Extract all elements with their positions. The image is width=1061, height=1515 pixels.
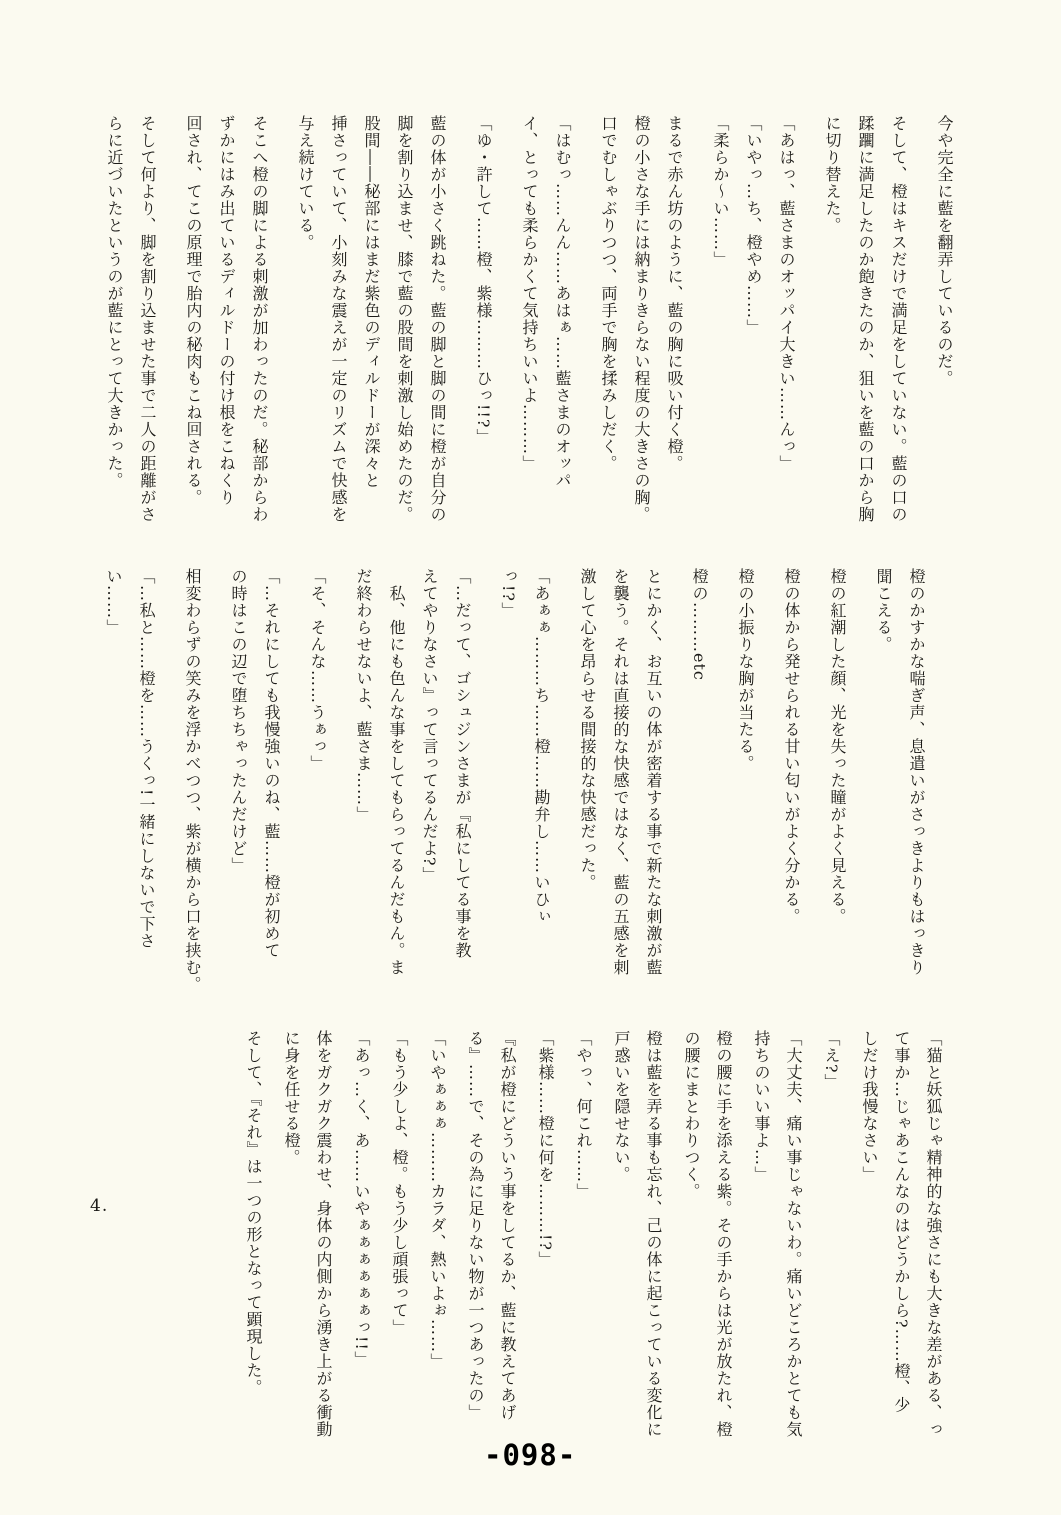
text-line: 「大丈夫、痛い事じゃないわ。痛いどころかとても気 [777, 1030, 809, 1465]
text-line: 橙は藍を弄る事も忘れ、己の体に起こっている変化に [637, 1030, 669, 1465]
text-line: 激して心を昂らせる間接的な快感だった。 [571, 568, 604, 1018]
text-line: 橙のかすかな喘ぎ声、息遣いがさっきよりもはっきり [900, 568, 933, 1018]
text-line: えてやりなさい』って言ってるんだよ?」 [413, 568, 446, 1018]
text-block-bottom: 「猫と妖狐じゃ精神的な強さにも大きな差がある、って事か…じゃあこんなのはどうかし… [237, 1030, 949, 1465]
text-line: 橙の小さな手には納まりきらない程度の大きさの胸。 [625, 115, 658, 585]
scanned-novel-page: { "page": { "background": "#fbfaf0", "te… [0, 0, 1061, 1515]
text-line: 橙の体から発せられる甘い匂いがよく分かる。 [775, 568, 808, 1018]
text-line: 私、他にも色んな事をしてもらってるんだもん。ま [380, 568, 413, 1018]
text-line: 藍の体が小さく跳ねた。藍の脚と脚の間に橙が自分の [421, 115, 454, 585]
text-line: 股間――秘部にはまだ紫色のディルドーが深々と [355, 115, 388, 585]
text-line: に切り替えた。 [816, 115, 849, 585]
text-line: 「はむっ……んん……あはぁ……藍さまのオッパ [546, 115, 579, 585]
text-line: 「やっ、何これ……」 [567, 1030, 599, 1465]
text-line: 「ゆ・許して……橙、紫様………ひっ!!?」 [467, 115, 500, 585]
text-line: 「あぁぁ………ち……橙……勘弁し……いひぃ [525, 568, 558, 1018]
text-line: 橙の………etc [683, 568, 716, 1018]
text-line: を襲う。それは直接的な快感ではなく、藍の五感を刺 [604, 568, 637, 1018]
text-line: 「いやっ…ち、橙やめ……」 [737, 115, 770, 585]
text-line: まるで赤ん坊のように、藍の胸に吸い付く橙。 [658, 115, 691, 585]
text-line: 相変わらずの笑みを浮かべつつ、紫が横から口を挟む。 [176, 568, 209, 1018]
text-line: そして、『それ』は一つの形となって顕現した。 [237, 1030, 269, 1465]
text-line: る』……で、その為に足りない物が一つあったの」 [459, 1030, 491, 1465]
text-line: 「…私と……橙を……うくっ!一緒にしないで下さ [130, 568, 163, 1018]
text-line: 「柔らか〜い……」 [704, 115, 737, 585]
text-line: そして何より、脚を割り込ませた事で二人の距離がさ [131, 115, 164, 585]
text-line: 「あっ…く、あ……いやぁぁぁぁぁぁっ!!」 [345, 1030, 377, 1465]
text-line: っ!?」 [492, 568, 525, 1018]
text-line: の腰にまとわりつく。 [675, 1030, 707, 1465]
text-line: 橙の紅潮した顔、光を失った瞳がよく見える。 [821, 568, 854, 1018]
text-line: だ終わらせないよ、藍さま……」 [347, 568, 380, 1018]
page-number: -098- [484, 1438, 576, 1472]
text-line: の時はこの辺で堕ちちゃったんだけど」 [222, 568, 255, 1018]
text-line: 口でむしゃぶりつつ、両手で胸を揉みしだく。 [592, 115, 625, 585]
text-line: そこへ橙の脚による刺激が加わったのだ。秘部からわ [243, 115, 276, 585]
text-block-middle: 橙のかすかな喘ぎ声、息遣いがさっきよりもはっきり聞こえる。橙の紅潮した顔、光を失… [97, 568, 933, 1018]
text-line: 「…だって、ゴシュジンさまが『私にしてる事を教 [446, 568, 479, 1018]
text-line: 「もう少しよ、橙。もう少し頑張って」 [383, 1030, 415, 1465]
text-block-top: 今や完全に藍を翻弄しているのだ。そして、橙はキスだけで満足をしていない。藍の口の… [98, 115, 961, 585]
text-line: 「あはっ、藍さまのオッパイ大きい……んっ」 [770, 115, 803, 585]
text-line: 与え続けている。 [289, 115, 322, 585]
text-line: 「いやぁぁぁ………カラダ、熱いよぉ……」 [421, 1030, 453, 1465]
text-line: 『私が橙にどういう事をしてるか、藍に教えてあげ [491, 1030, 523, 1465]
text-line: 橙の腰に手を添える紫。その手からは光が放たれ、橙 [707, 1030, 739, 1465]
text-line: 「え?」 [815, 1030, 847, 1465]
text-line: イ、とっても柔らかくて気持ちいいよ………」 [513, 115, 546, 585]
text-line: 今や完全に藍を翻弄しているのだ。 [928, 115, 961, 585]
text-line: 「紫様……橙に何を………!?」 [529, 1030, 561, 1465]
margin-chapter-number: 4. [90, 1196, 108, 1216]
text-line: しだけ我慢なさい」 [853, 1030, 885, 1465]
text-line: 戸惑いを隠せない。 [605, 1030, 637, 1465]
text-line: 挿さっていて、小刻みな震えが一定のリズムで快感を [322, 115, 355, 585]
text-line: 「そ、そんな……うぁっ」 [301, 568, 334, 1018]
text-line: とにかく、お互いの体が密着する事で新たな刺激が藍 [637, 568, 670, 1018]
text-line: そして、橙はキスだけで満足をしていない。藍の口の [882, 115, 915, 585]
text-line: 持ちのいい事よ…」 [745, 1030, 777, 1465]
text-line: 「…それにしても我慢強いのね、藍……橙が初めて [255, 568, 288, 1018]
text-line: い……」 [97, 568, 130, 1018]
text-line: て事か…じゃあこんなのはどうかしら?……橙、少 [885, 1030, 917, 1465]
text-line: 聞こえる。 [867, 568, 900, 1018]
text-line: ずかにはみ出ているディルドーの付け根をこねくり [210, 115, 243, 585]
text-line: 蹂躙に満足したのか飽きたのか、狙いを藍の口から胸 [849, 115, 882, 585]
text-line: 脚を割り込ませ、膝で藍の股間を刺激し始めたのだ。 [388, 115, 421, 585]
text-line: らに近づいたというのが藍にとって大きかった。 [98, 115, 131, 585]
text-line: 橙の小振りな胸が当たる。 [729, 568, 762, 1018]
text-line: 体をガクガク震わせ、身体の内側から湧き上がる衝動 [307, 1030, 339, 1465]
text-line: 回され、てこの原理で胎内の秘肉もこね回される。 [177, 115, 210, 585]
text-line: に身を任せる橙。 [275, 1030, 307, 1465]
text-line: 「猫と妖狐じゃ精神的な強さにも大きな差がある、っ [917, 1030, 949, 1465]
